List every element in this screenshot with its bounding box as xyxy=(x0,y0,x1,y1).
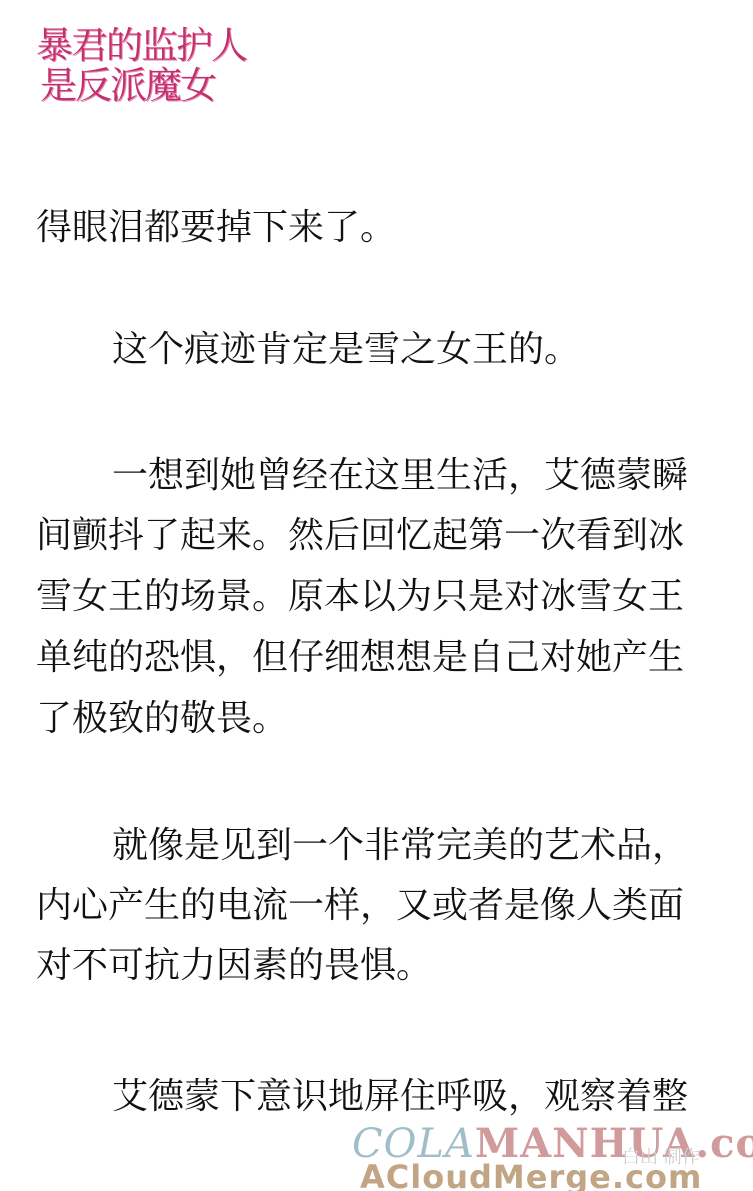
text-line: 间颤抖了起来。然后回忆起第一次看到冰 xyxy=(36,516,684,556)
text-line: 这个痕迹肯定是雪之女王的。 xyxy=(112,330,580,370)
text-line: 内心产生的电流一样，又或者是像人类面 xyxy=(36,886,684,926)
text-line: 一想到她曾经在这里生活，艾德蒙瞬 xyxy=(112,456,688,496)
text-line: 雪女王的场景。原本以为只是对冰雪女王 xyxy=(36,577,684,617)
text-line: 了极致的敬畏。 xyxy=(36,699,288,739)
title-line-2: 是反派魔女 xyxy=(36,66,266,106)
title-line-1: 暴君的监护人 xyxy=(36,24,246,67)
watermark-acloudmerge: ACloudMerge.com xyxy=(360,1160,702,1191)
text-line: 对不可抗力因素的畏惧。 xyxy=(36,946,432,986)
comic-title-logo: 暴君的监护人 是反派魔女 xyxy=(36,26,266,106)
text-line: 得眼泪都要掉下来了。 xyxy=(36,208,396,248)
text-line: 就像是见到一个非常完美的艺术品， xyxy=(112,826,688,866)
text-line: 艾德蒙下意识地屏住呼吸，观察着整 xyxy=(112,1077,688,1117)
text-line: 单纯的恐惧，但仔细想想是自己对她产生 xyxy=(36,638,684,678)
